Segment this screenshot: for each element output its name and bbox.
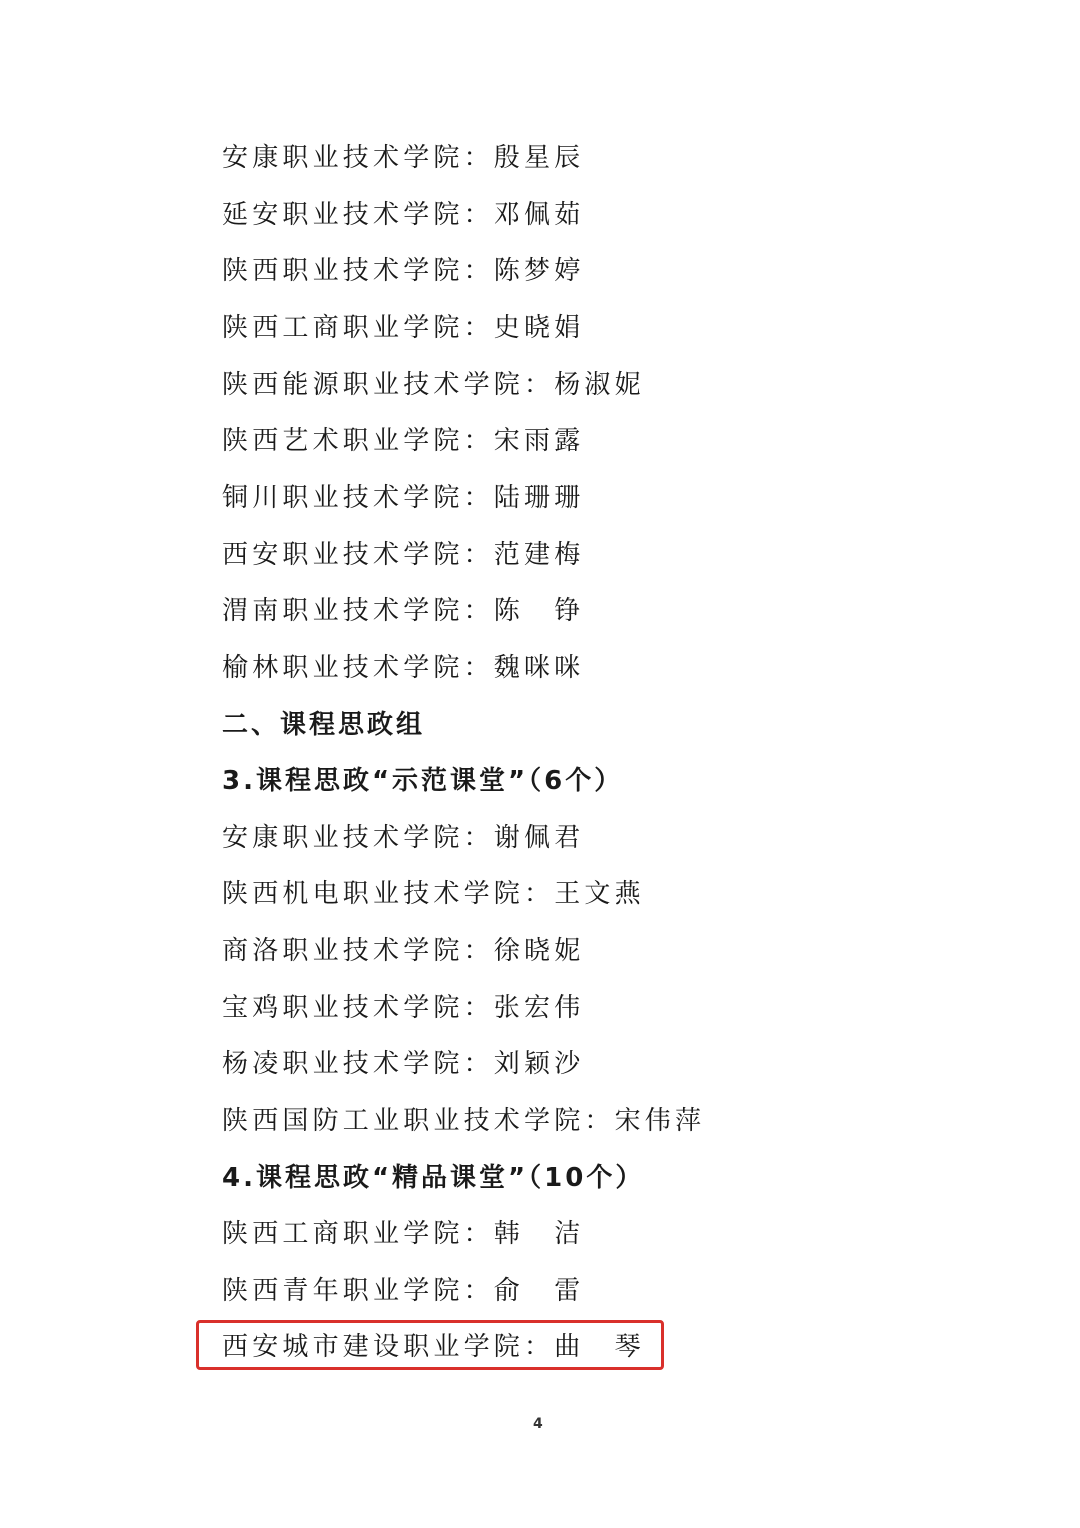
list-item: 陕西职业技术学院：陈梦婷 bbox=[222, 251, 584, 291]
list-item: 安康职业技术学院：殷星辰 bbox=[222, 138, 584, 178]
list-item: 陕西能源职业技术学院：杨淑妮 bbox=[222, 365, 645, 405]
list-item: 榆林职业技术学院：魏咪咪 bbox=[222, 648, 584, 688]
list-item: 陕西机电职业技术学院：王文燕 bbox=[222, 874, 645, 914]
list-item: 渭南职业技术学院：陈 铮 bbox=[222, 591, 584, 631]
list-item: 延安职业技术学院：邓佩茹 bbox=[222, 195, 584, 235]
list-item: 陕西工商职业学院：史晓娟 bbox=[222, 308, 584, 348]
list-item: 杨凌职业技术学院：刘颖沙 bbox=[222, 1044, 584, 1084]
list-item: 安康职业技术学院：谢佩君 bbox=[222, 818, 584, 858]
highlighted-list-item: 西安城市建设职业学院：曲 琴 bbox=[222, 1327, 645, 1367]
list-item: 商洛职业技术学院：徐晓妮 bbox=[222, 931, 584, 971]
list-item: 陕西工商职业学院：韩 洁 bbox=[222, 1214, 584, 1254]
list-item: 陕西青年职业学院：俞 雷 bbox=[222, 1271, 584, 1311]
list-item: 铜川职业技术学院：陆珊珊 bbox=[222, 478, 584, 518]
list-item: 西安职业技术学院：范建梅 bbox=[222, 535, 584, 575]
subsection-heading: 4.课程思政“精品课堂”（10个） bbox=[222, 1158, 644, 1198]
list-item: 陕西艺术职业学院：宋雨露 bbox=[222, 421, 584, 461]
list-item: 宝鸡职业技术学院：张宏伟 bbox=[222, 988, 584, 1028]
list-item: 陕西国防工业职业技术学院：宋伟萍 bbox=[222, 1101, 705, 1141]
document-page: 安康职业技术学院：殷星辰 延安职业技术学院：邓佩茹 陕西职业技术学院：陈梦婷 陕… bbox=[0, 0, 1080, 1528]
section-heading: 二、课程思政组 bbox=[222, 705, 425, 745]
subsection-heading: 3.课程思政“示范课堂”（6个） bbox=[222, 761, 623, 801]
page-number: 4 bbox=[533, 1416, 543, 1432]
